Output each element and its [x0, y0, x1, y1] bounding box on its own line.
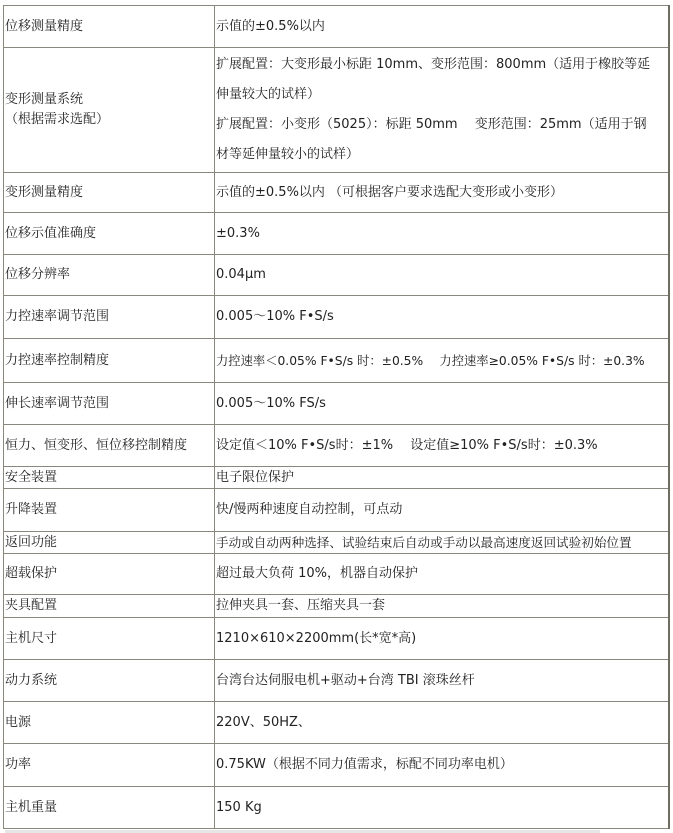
spec-label: 力控速率调节范围 — [4, 296, 215, 339]
table-row: 恒力、恒变形、恒位移控制精度 设定值＜10% F•S/s时：±1% 设定值≥10… — [4, 425, 670, 467]
spec-value: 0.04μm — [215, 255, 670, 296]
spec-value: 电子限位保护 — [215, 467, 670, 489]
table-row: 位移测量精度 示值的±0.5%以内 — [4, 6, 670, 48]
spec-label: 升降装置 — [4, 489, 215, 532]
table-right-edge — [668, 5, 670, 829]
spec-label: 动力系统 — [4, 660, 215, 702]
spec-label: 位移分辨率 — [4, 255, 215, 296]
spec-value: ±0.3% — [215, 213, 670, 255]
table-row: 安全装置 电子限位保护 — [4, 467, 670, 489]
spec-value: 手动或自动两种选择、试验结束后自动或手动以最高速度返回试验初始位置 — [215, 532, 670, 554]
table-row: 主机重量 150 Kg — [4, 787, 670, 829]
table-row: 变形测量精度 示值的±0.5%以内 （可根据客户要求选配大变形或小变形） — [4, 173, 670, 213]
spec-label: 主机尺寸 — [4, 618, 215, 660]
spec-label: 电源 — [4, 702, 215, 744]
spec-label: 主机重量 — [4, 787, 215, 829]
spec-label: 位移示值准确度 — [4, 213, 215, 255]
spec-value: 快/慢两种速度自动控制，可点动 — [215, 489, 670, 532]
spec-label: 返回功能 — [4, 532, 215, 554]
table-row: 返回功能 手动或自动两种选择、试验结束后自动或手动以最高速度返回试验初始位置 — [4, 532, 670, 554]
spec-value: 设定值＜10% F•S/s时：±1% 设定值≥10% F•S/s时：±0.3% — [215, 425, 670, 467]
spec-label: 位移测量精度 — [4, 6, 215, 48]
spec-value-line: 扩展配置：大变形最小标距 10mm、变形范围：800mm（适用于橡胶等延 — [216, 50, 669, 80]
spec-label: 变形测量精度 — [4, 173, 215, 213]
spec-value: 力控速率＜0.05% F•S/s 时：±0.5% 力控速率≥0.05% F•S/… — [215, 339, 670, 383]
table-row: 超载保护 超过最大负荷 10%，机器自动保护 — [4, 554, 670, 595]
spec-value: 0.005～10% F•S/s — [215, 296, 670, 339]
spec-label: 力控速率控制精度 — [4, 339, 215, 383]
spec-label: 伸长速率调节范围 — [4, 383, 215, 425]
spec-value: 示值的±0.5%以内 （可根据客户要求选配大变形或小变形） — [215, 173, 670, 213]
spec-value-line: 扩展配置：小变形（5025）：标距 50mm 变形范围：25mm（适用于钢 — [216, 110, 669, 140]
spec-value: 0.75KW（根据不同力值需求，标配不同功率电机） — [215, 744, 670, 787]
spec-value: 台湾台达伺服电机+驱动+台湾 TBI 滚珠丝杆 — [215, 660, 670, 702]
spec-label: 恒力、恒变形、恒位移控制精度 — [4, 425, 215, 467]
table-row: 伸长速率调节范围 0.005～10% FS/s — [4, 383, 670, 425]
spec-value: 拉伸夹具一套、压缩夹具一套 — [215, 595, 670, 618]
spec-value: 220V、50HZ、 — [215, 702, 670, 744]
spec-value: 150 Kg — [215, 787, 670, 829]
spec-value: 0.005～10% FS/s — [215, 383, 670, 425]
spec-label-line: 变形测量系统 — [5, 90, 214, 110]
spec-label: 变形测量系统 （根据需求选配） — [4, 48, 215, 173]
table-row: 动力系统 台湾台达伺服电机+驱动+台湾 TBI 滚珠丝杆 — [4, 660, 670, 702]
spec-value: 1210×610×2200mm(长*宽*高) — [215, 618, 670, 660]
spec-value: 扩展配置：大变形最小标距 10mm、变形范围：800mm（适用于橡胶等延 伸量较… — [215, 48, 670, 173]
spec-value-line: 材等延伸量较小的试样） — [216, 140, 669, 170]
spec-label: 功率 — [4, 744, 215, 787]
spec-value: 示值的±0.5%以内 — [215, 6, 670, 48]
table-row: 功率 0.75KW（根据不同力值需求，标配不同功率电机） — [4, 744, 670, 787]
table-row: 力控速率调节范围 0.005～10% F•S/s — [4, 296, 670, 339]
spec-value-line: 伸量较大的试样） — [216, 80, 669, 110]
table-row: 变形测量系统 （根据需求选配） 扩展配置：大变形最小标距 10mm、变形范围：8… — [4, 48, 670, 173]
table-row: 升降装置 快/慢两种速度自动控制，可点动 — [4, 489, 670, 532]
table-row: 位移示值准确度 ±0.3% — [4, 213, 670, 255]
table-row: 位移分辨率 0.04μm — [4, 255, 670, 296]
table-row: 电源 220V、50HZ、 — [4, 702, 670, 744]
table-row: 夹具配置 拉伸夹具一套、压缩夹具一套 — [4, 595, 670, 618]
spec-value: 超过最大负荷 10%，机器自动保护 — [215, 554, 670, 595]
spec-label: 超载保护 — [4, 554, 215, 595]
table-row: 主机尺寸 1210×610×2200mm(长*宽*高) — [4, 618, 670, 660]
table-row: 力控速率控制精度 力控速率＜0.05% F•S/s 时：±0.5% 力控速率≥0… — [4, 339, 670, 383]
spec-label-line: （根据需求选配） — [5, 110, 214, 130]
spec-label: 安全装置 — [4, 467, 215, 489]
spec-label: 夹具配置 — [4, 595, 215, 618]
spec-table: 位移测量精度 示值的±0.5%以内 变形测量系统 （根据需求选配） 扩展配置：大… — [3, 5, 670, 829]
